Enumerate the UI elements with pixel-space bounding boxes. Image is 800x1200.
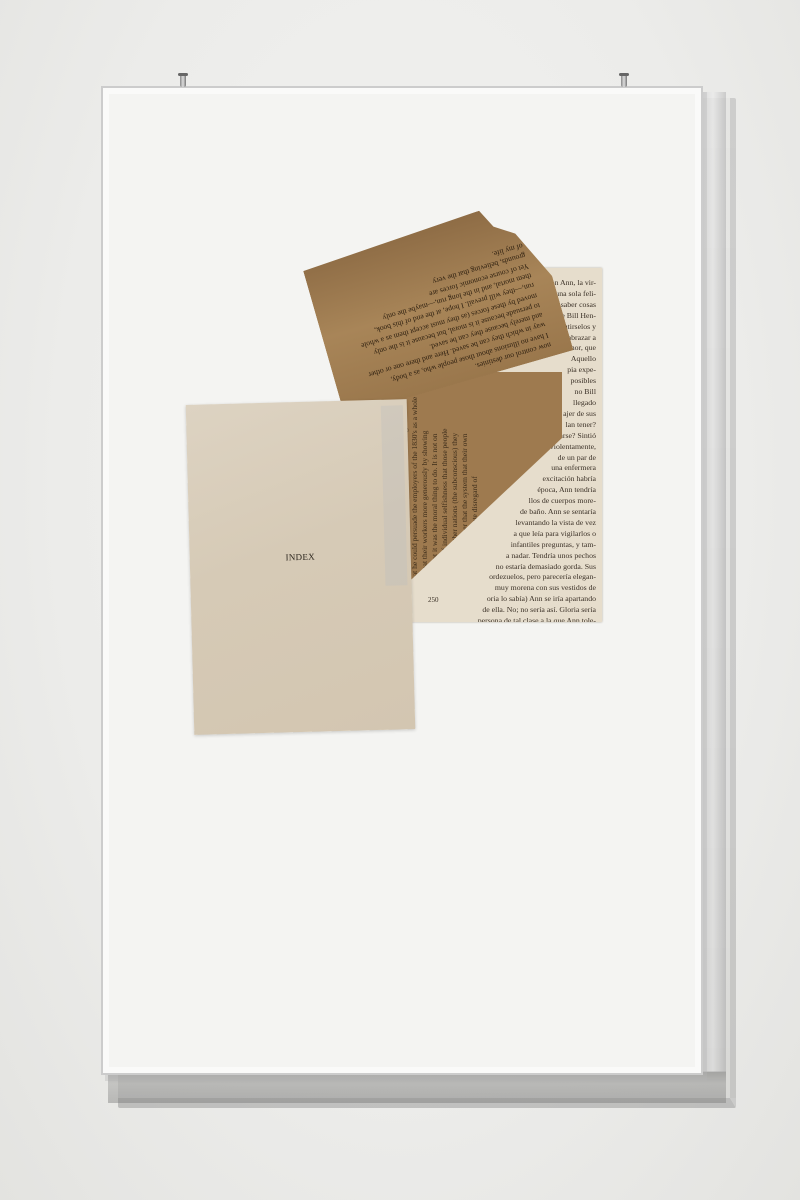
mounting-screw-right-icon xyxy=(621,73,627,87)
text-line: that he could persuade the employers of … xyxy=(410,382,420,582)
text-line: persona de tal clase a la que Ann tole- xyxy=(410,616,596,622)
text-line: de ella. No; no sería así. Gloria sería xyxy=(410,605,596,616)
mounting-screw-left-icon xyxy=(180,73,186,87)
text-line: them that it was the moral thing to do. … xyxy=(430,382,440,582)
index-title: INDEX xyxy=(190,549,411,565)
text-line: to treat their workers more generously b… xyxy=(420,382,430,582)
text-line: ordezuelos, pero parecería elegan- xyxy=(410,572,596,583)
index-page: INDEX xyxy=(186,399,416,735)
text-line: muy morena con sus vestidos de xyxy=(410,583,596,594)
page-number: 250 xyxy=(428,596,439,604)
text-line: no estaría demasiado gorda. Sus xyxy=(410,562,596,573)
